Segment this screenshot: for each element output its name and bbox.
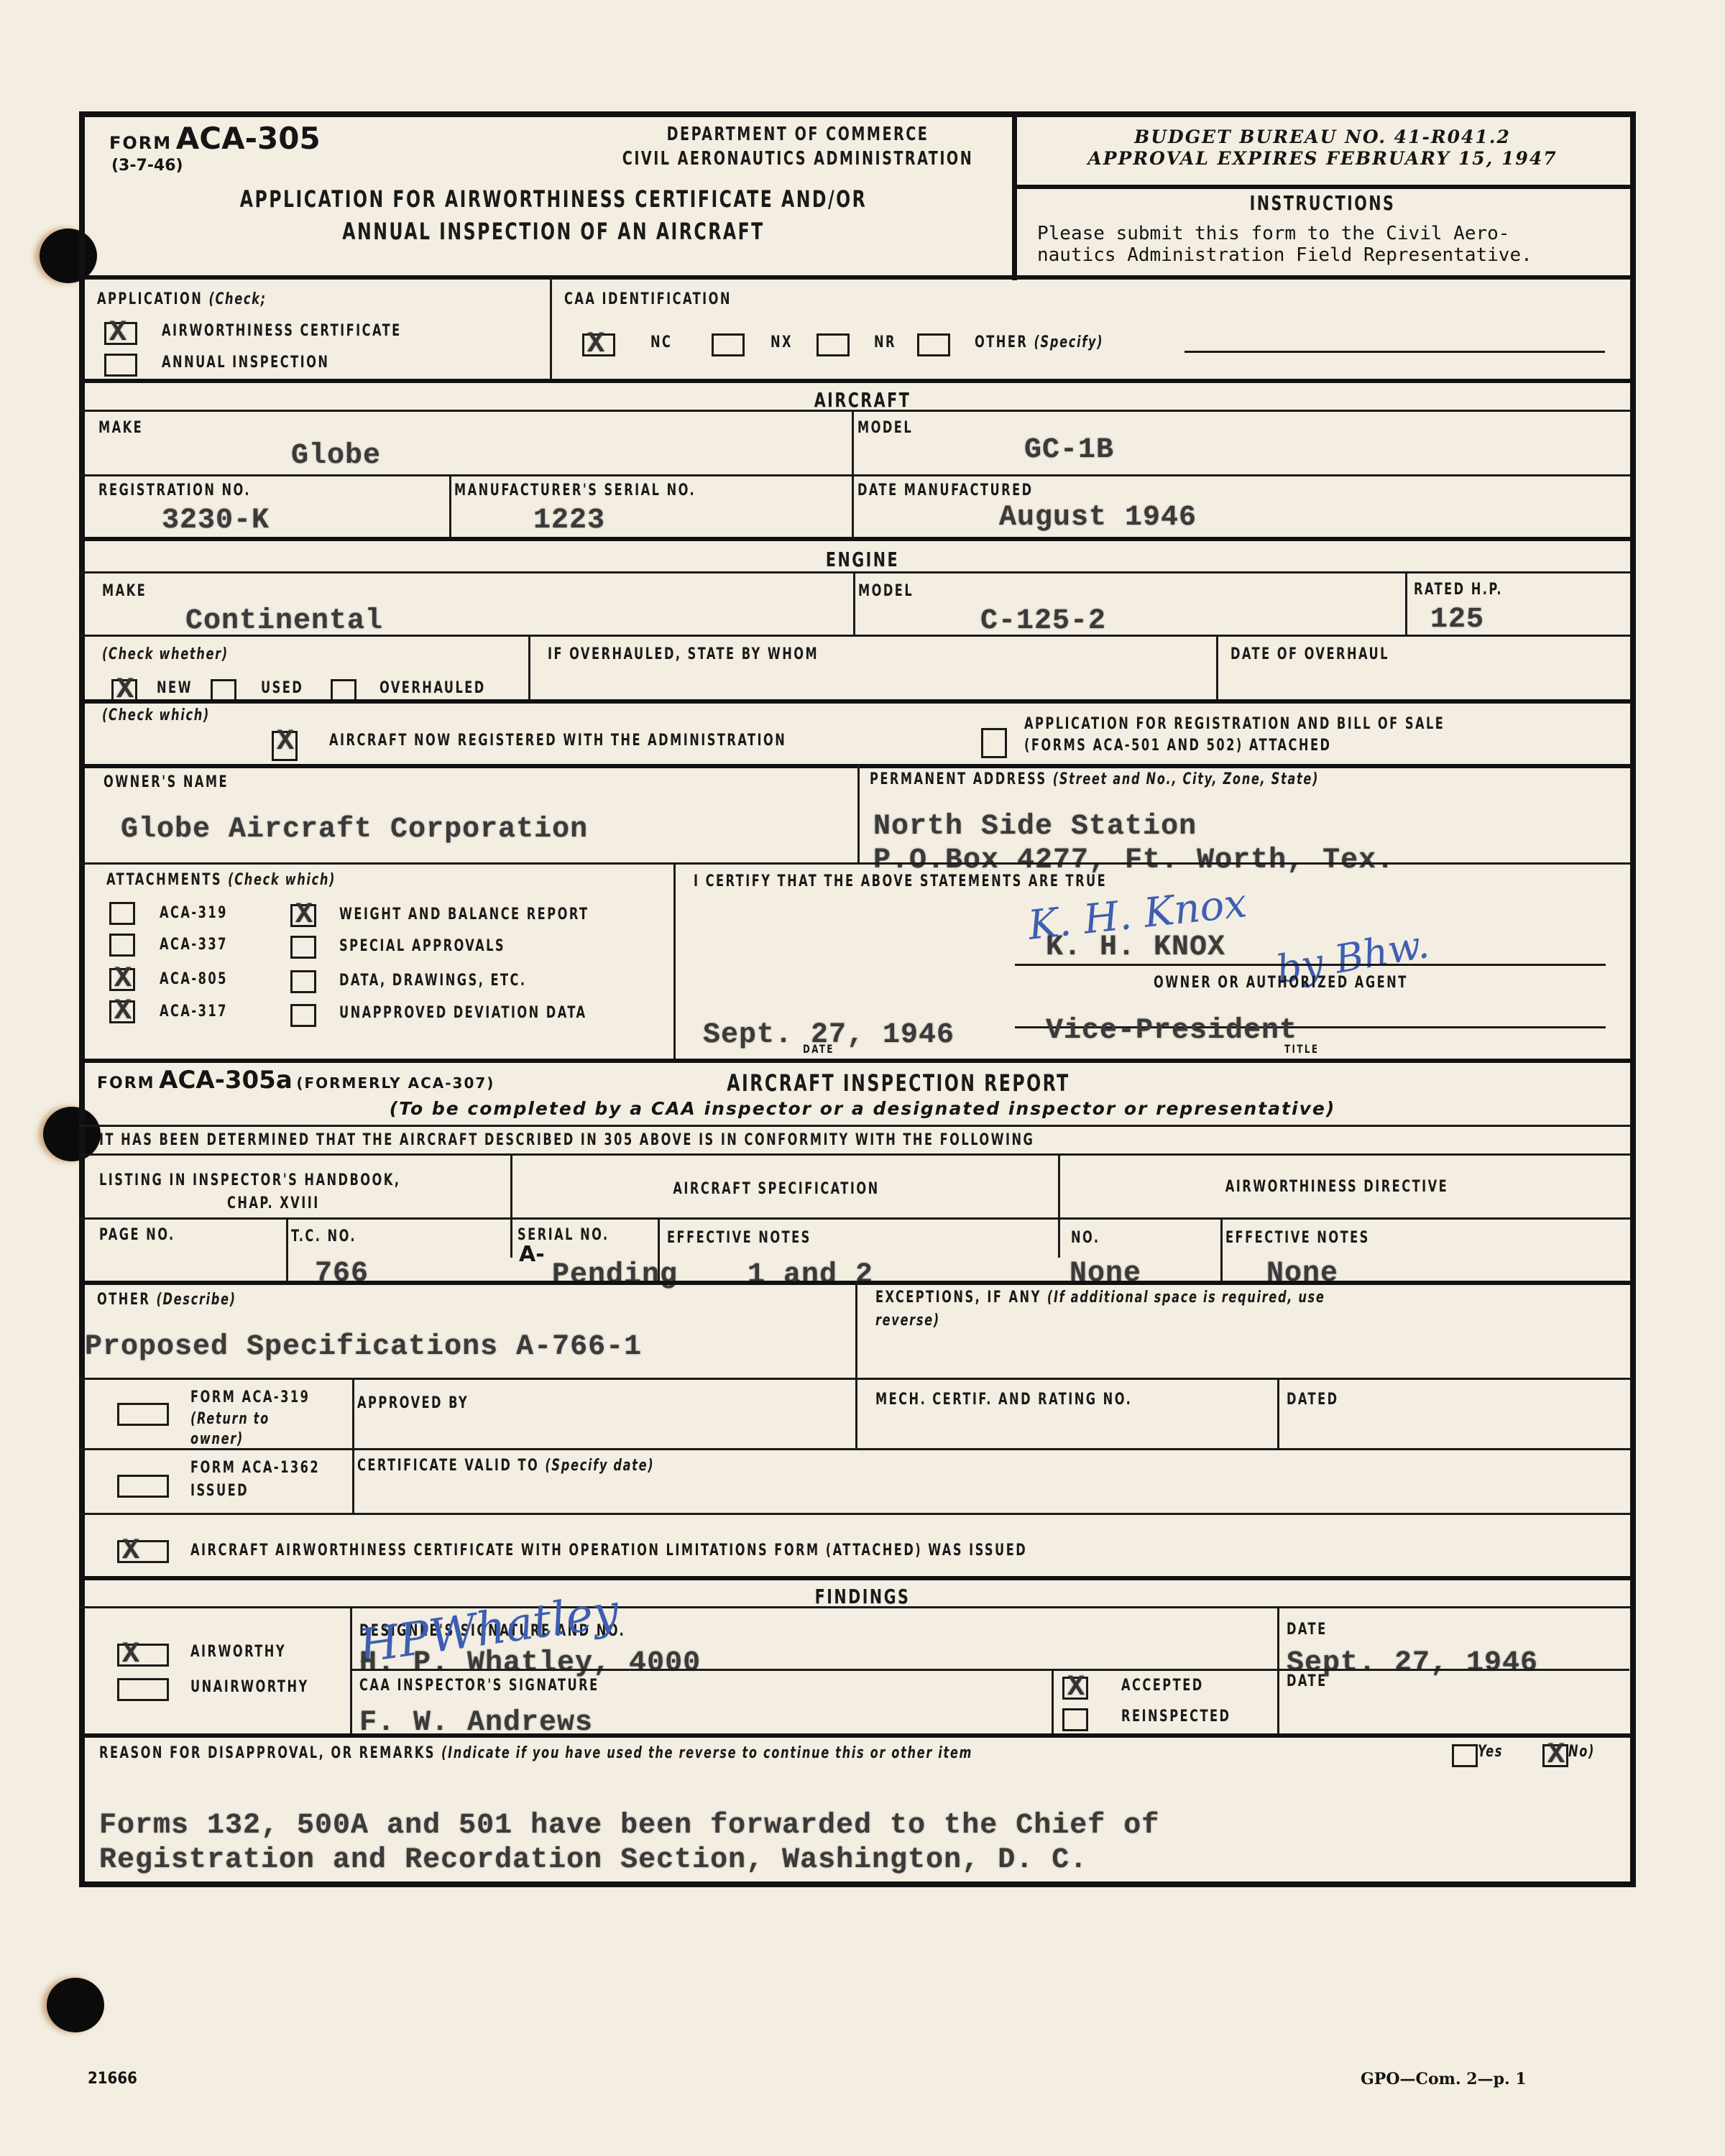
checkbox-form-aca-1362[interactable] [117,1475,169,1498]
attachment-aca-805: ACA-805 [160,970,228,988]
checkbox-unapproved-deviation[interactable] [290,1004,316,1027]
check-which-label: (Check which) [102,706,210,724]
other-specify-field[interactable] [1184,351,1605,353]
remarks-border [79,1733,1630,1738]
approved-by-label: APPROVED BY [357,1394,469,1412]
form319-label-line2: (Return to [190,1410,270,1428]
attachment-aca-337: ACA-337 [160,936,228,954]
conformity-border [79,1125,1630,1127]
aircraft-title-border [79,410,1630,412]
option-accepted: ACCEPTED [1121,1677,1204,1695]
checkbox-airworthy[interactable] [117,1644,169,1667]
inspector-label: CAA INSPECTOR'S SIGNATURE [359,1677,599,1695]
checkbox-application-registration[interactable] [981,728,1007,758]
checkbox-reverse-no[interactable] [1542,1744,1568,1767]
ad-effective-notes-label: EFFECTIVE NOTES [1225,1229,1370,1247]
registration-label: REGISTRATION NO. [98,482,251,499]
form319-label-line1: FORM ACA-319 [190,1388,310,1406]
checkbox-aca-337[interactable] [109,934,135,957]
engine-section-border [79,537,1630,541]
inspector-date-label: DATE [1287,1672,1328,1690]
remarks-line1: Forms 132, 500A and 501 have been forwar… [99,1810,1159,1842]
form-title-line1: APPLICATION FOR AIRWORTHINESS CERTIFICAT… [200,185,907,213]
listing-divider [510,1153,512,1258]
directive-label: AIRWORTHINESS DIRECTIVE [1207,1178,1467,1196]
engine-make-value: Continental [185,605,383,637]
overhauled-by-label: IF OVERHAULED, STATE BY WHOM [548,645,819,663]
findings-option-divider [350,1606,352,1736]
form-prefix: FORM [109,133,172,153]
department-name: DEPARTMENT OF COMMERCE [627,124,969,145]
owner-divider [857,764,860,863]
option-reinspected: REINSPECTED [1121,1708,1230,1726]
option-reverse-no: No) [1568,1743,1595,1761]
title-caption: TITLE [1284,1042,1319,1056]
budget-bureau-number: BUDGET BUREAU NO. 41-R041.2 [1021,126,1624,147]
aircraft-model-value: GC-1B [1024,434,1114,466]
findings-border [79,1576,1630,1580]
budget-divider [1012,185,1630,189]
certification-title: Vice-President [1046,1015,1297,1047]
instructions-line2: nautics Administration Field Representat… [1037,244,1532,266]
spec-effective-notes-label: EFFECTIVE NOTES [667,1229,811,1247]
inspection-report-subtitle: (To be completed by a CAA inspector or a… [273,1098,1452,1119]
form-number: ACA-305 [176,121,321,156]
instructions-title: INSTRUCTIONS [1223,191,1423,215]
application-label: APPLICATION (Check; [97,290,267,308]
form1362-label-line1: FORM ACA-1362 [190,1459,320,1477]
checkbox-annual-inspection[interactable] [104,354,137,377]
checkbox-nr[interactable] [816,333,850,356]
spec-value: Pending [552,1259,678,1291]
option-overhauled: OVERHAULED [379,679,486,697]
other-label: OTHER (Describe) [97,1291,236,1309]
date-manufactured-label: DATE MANUFACTURED [857,482,1034,499]
attachment-data-drawings: DATA, DRAWINGS, ETC. [339,972,527,990]
signature-line[interactable] [1015,964,1606,966]
spec-label: AIRCRAFT SPECIFICATION [653,1180,900,1198]
inspection-report-title: AIRCRAFT INSPECTION REPORT [704,1069,1092,1097]
attachment-special-approvals: SPECIAL APPROVALS [339,937,505,955]
checkbox-aca-317[interactable] [109,1000,135,1023]
form1362-label-line2: ISSUED [190,1482,249,1500]
tc-no-label: T.C. NO. [291,1227,356,1245]
form319-divider [352,1378,354,1514]
check-whether-label: (Check whether) [102,645,229,663]
issued-border [79,1513,1630,1515]
date-caption: DATE [803,1042,834,1056]
engine-model-label: MODEL [858,582,914,600]
findings-date-label: DATE [1287,1621,1328,1639]
checkbox-reverse-yes[interactable] [1452,1744,1478,1767]
attachment-aca-319: ACA-319 [160,904,228,922]
aircraft-col-divider [852,410,854,537]
dated-label: DATED [1287,1391,1339,1409]
overhaul-date-divider [1216,635,1218,701]
engine-make-label: MAKE [102,582,147,600]
option-annual-inspection: ANNUAL INSPECTION [162,354,329,372]
inspection-form-id: FORM ACA-305a (FORMERLY ACA-307) [97,1066,494,1095]
form-title-line2: ANNUAL INSPECTION OF AN AIRCRAFT [200,218,907,245]
overhaul-date-label: DATE OF OVERHAUL [1230,645,1389,663]
aircraft-section-border [79,379,1630,383]
caa-identification-label: CAA IDENTIFICATION [564,290,732,308]
other-exceptions-divider [855,1281,857,1378]
header-divider [1012,111,1017,280]
agency-name: CIVIL AERONAUTICS ADMINISTRATION [592,148,1004,170]
findings-date-divider [1277,1606,1279,1736]
date-manufactured-value: August 1946 [999,502,1197,534]
checkbox-unairworthy[interactable] [117,1678,169,1701]
exceptions-hint-line2: reverse) [875,1312,940,1330]
mech-dated-divider [1277,1378,1279,1448]
spec-effective-notes-value: 1 and 2 [747,1259,873,1291]
listing-label-line2: CHAP. XVIII [227,1194,320,1212]
signer-caption: OWNER OR AUTHORIZED AGENT [1154,974,1408,992]
checkbox-nc[interactable] [582,333,615,356]
exceptions-label: EXCEPTIONS, IF ANY (If additional space … [875,1289,1325,1307]
engine-section-title: ENGINE [780,548,945,571]
cert-valid-label: CERTIFICATE VALID TO (Specify date) [357,1457,654,1475]
checkbox-weight-balance[interactable] [290,904,316,927]
findings-title-border [79,1606,1630,1608]
certification-statement: I CERTIFY THAT THE ABOVE STATEMENTS ARE … [694,872,1107,890]
option-airworthiness-certificate: AIRWORTHINESS CERTIFICATE [162,322,402,340]
page-tc-divider [286,1217,288,1284]
tc-no-value: 766 [315,1258,369,1290]
conformity-statement: IT HAS BEEN DETERMINED THAT THE AIRCRAFT… [99,1131,1034,1149]
checkbox-data-drawings[interactable] [290,970,316,993]
listing-label-line1: LISTING IN INSPECTOR'S HANDBOOK, [99,1171,400,1189]
listing-border [79,1153,1630,1156]
checkbox-aca-805[interactable] [109,968,135,991]
ad-no-value: None [1069,1258,1141,1290]
option-reverse-yes: Yes [1478,1743,1503,1761]
approved-mech-divider [855,1378,857,1448]
inspection-form-prefix: FORM [97,1074,155,1092]
option-registered: AIRCRAFT NOW REGISTERED WITH THE ADMINIS… [329,732,786,750]
option-airworthy: AIRWORTHY [190,1643,286,1661]
engine-row-divider [79,635,1630,637]
punch-hole-bottom [47,1978,104,2032]
checkbox-aca-319[interactable] [109,902,135,925]
form-id: FORM ACA-305 [109,121,321,156]
aircraft-row-divider [79,474,1630,476]
airworthiness-issued-label: AIRCRAFT AIRWORTHINESS CERTIFICATE WITH … [190,1542,1027,1560]
footer-right-code: GPO—Com. 2—p. 1 [1361,2070,1527,2088]
rated-hp-label: RATED H.P. [1414,581,1503,599]
owner-border [79,764,1630,768]
form319-label-line3: owner) [190,1430,244,1448]
designee-typed: H. P. Whatley, 4000 [359,1647,701,1680]
findings-title: FINDINGS [774,1585,951,1608]
checkbox-special-approvals[interactable] [290,936,316,959]
checkbox-other[interactable] [917,333,950,356]
owner-name-value: Globe Aircraft Corporation [121,814,588,846]
app-caa-divider [550,277,552,379]
spec-divider [1058,1153,1060,1258]
option-used: USED [261,679,303,697]
remarks-label: REASON FOR DISAPPROVAL, OR REMARKS (Indi… [99,1744,972,1762]
option-nr: NR [874,333,896,351]
checkbox-form-aca-319[interactable] [117,1403,169,1426]
aircraft-make-value: Globe [291,440,381,472]
engine-model-divider [853,571,855,635]
rated-hp-value: 125 [1430,604,1484,636]
option-unairworthy: UNAIRWORTHY [190,1678,309,1696]
checkbox-nx[interactable] [712,333,745,356]
address-line1: North Side Station [873,811,1197,843]
serial-no-prefix: A- [519,1242,545,1267]
approval-expires: APPROVAL EXPIRES FEBRUARY 15, 1947 [1021,148,1624,169]
engine-model-value: C-125-2 [980,605,1106,637]
engine-hp-divider [1405,571,1407,635]
attachment-unapproved-deviation: UNAPPROVED DEVIATION DATA [339,1004,587,1022]
form-revision-date: (3-7-46) [111,157,183,175]
checkbox-airworthiness-issued[interactable] [117,1540,169,1563]
attachments-label: ATTACHMENTS (Check which) [106,871,336,889]
address-label: PERMANENT ADDRESS (Street and No., City,… [870,770,1319,788]
checkbox-registered[interactable] [272,731,298,761]
form-frame [79,111,1636,1887]
spec-values-border [79,1217,1630,1220]
ad-effective-notes-value: None [1266,1258,1338,1290]
inspection-form-number: ACA-305a [159,1066,293,1095]
form1362-border [79,1448,1630,1450]
ad-notes-divider [1220,1217,1223,1284]
footer-left-code: 21666 [88,2070,137,2088]
page-no-label: PAGE NO. [99,1226,175,1244]
mech-cert-label: MECH. CERTIF. AND RATING NO. [875,1391,1132,1409]
attachment-aca-317: ACA-317 [160,1003,228,1021]
ad-no-label: NO. [1071,1229,1100,1247]
aircraft-model-label: MODEL [857,419,913,437]
option-application-registration-line1: APPLICATION FOR REGISTRATION AND BILL OF… [1024,715,1445,733]
option-nc: NC [650,333,672,351]
option-nx: NX [770,333,793,351]
option-other: OTHER (Specify) [975,333,1103,351]
attachments-divider [673,862,676,1060]
instructions-line1: Please submit this form to the Civil Aer… [1037,223,1509,244]
other-border [79,1281,1630,1285]
overhauled-by-divider [528,635,530,701]
option-new: NEW [157,679,193,697]
inspector-border [350,1669,1629,1671]
checkbox-accepted[interactable] [1062,1677,1088,1700]
attachments-border [79,862,1630,865]
checkbox-airworthiness-certificate[interactable] [104,322,137,345]
accepted-divider [1052,1669,1054,1736]
attachment-weight-balance: WEIGHT AND BALANCE REPORT [339,906,589,923]
approval-border [79,1378,1630,1380]
signer-typed-name: K. H. KNOX [1046,931,1225,964]
aircraft-section-title: AIRCRAFT [763,388,963,412]
serial-label: MANUFACTURER'S SERIAL NO. [454,482,696,499]
remarks-line2: Registration and Recordation Section, Wa… [99,1844,1087,1876]
checkbox-reinspected[interactable] [1062,1708,1088,1731]
inspection-form-note: (FORMERLY ACA-307) [296,1074,494,1092]
aircraft-make-label: MAKE [98,419,143,437]
inspection-report-border [79,1059,1630,1063]
registration-divider [449,474,451,537]
owner-name-label: OWNER'S NAME [103,773,229,791]
serial-value: 1223 [533,505,605,537]
option-application-registration-line2: (FORMS ACA-501 AND 502) ATTACHED [1024,737,1331,755]
registration-value: 3230-K [162,505,270,537]
registration-status-border [79,699,1630,704]
other-value: Proposed Specifications A-766-1 [85,1331,642,1363]
header-bottom-border [79,275,1630,280]
